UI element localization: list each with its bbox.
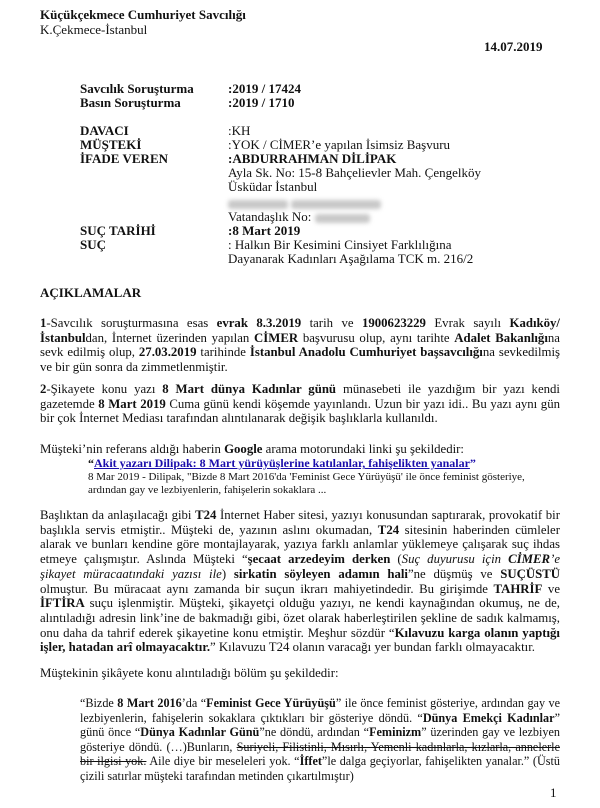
- page-number: 1: [550, 786, 557, 801]
- paragraph-5: Müştekinin şikâyete konu alıntıladığı bö…: [40, 666, 560, 681]
- search-result-snippet: 8 Mar 2019 - Dilipak, "Bizde 8 Mart 2016…: [88, 471, 558, 497]
- statement-giver-label: İFADE VEREN: [80, 152, 215, 167]
- paragraph-3: Müşteki’nin referans aldığı haberin Goog…: [40, 442, 560, 457]
- crime-label: SUÇ: [80, 238, 215, 253]
- quoted-excerpt: “Bizde 8 Mart 2016’da “Feminist Gece Yür…: [80, 696, 560, 784]
- paragraph-1: 1-Savcılık soruşturmasına esas evrak 8.3…: [40, 316, 560, 375]
- section-heading: AÇIKLAMALAR: [40, 286, 141, 301]
- citizen-no-redacted: [315, 214, 370, 223]
- citizen-no-label: Vatandaşlık No:: [228, 209, 311, 224]
- crime-value-line-2: Dayanarak Kadınları Aşağılama TCK m. 216…: [228, 252, 473, 267]
- paragraph-2: 2-Şikayete konu yazı 8 Mart dünya Kadınl…: [40, 382, 560, 426]
- press-case-label: Basın Soruşturma: [80, 96, 215, 111]
- press-case-value: :2019 / 1710: [228, 96, 294, 111]
- address-line-2: Üsküdar İstanbul: [228, 180, 317, 195]
- search-result-link[interactable]: Akit yazarı Dilipak: 8 Mart yürüyüşlerin…: [94, 456, 470, 470]
- office-location: K.Çekmece-İstanbul: [40, 23, 147, 38]
- search-result: “Akit yazarı Dilipak: 8 Mart yürüyüşleri…: [88, 457, 558, 497]
- document-date: 14.07.2019: [484, 40, 543, 55]
- office-name: Küçükçekmece Cumhuriyet Savcılığı: [40, 8, 246, 23]
- paragraph-4: Başlıktan da anlaşılacağı gibi T24 İnter…: [40, 508, 560, 655]
